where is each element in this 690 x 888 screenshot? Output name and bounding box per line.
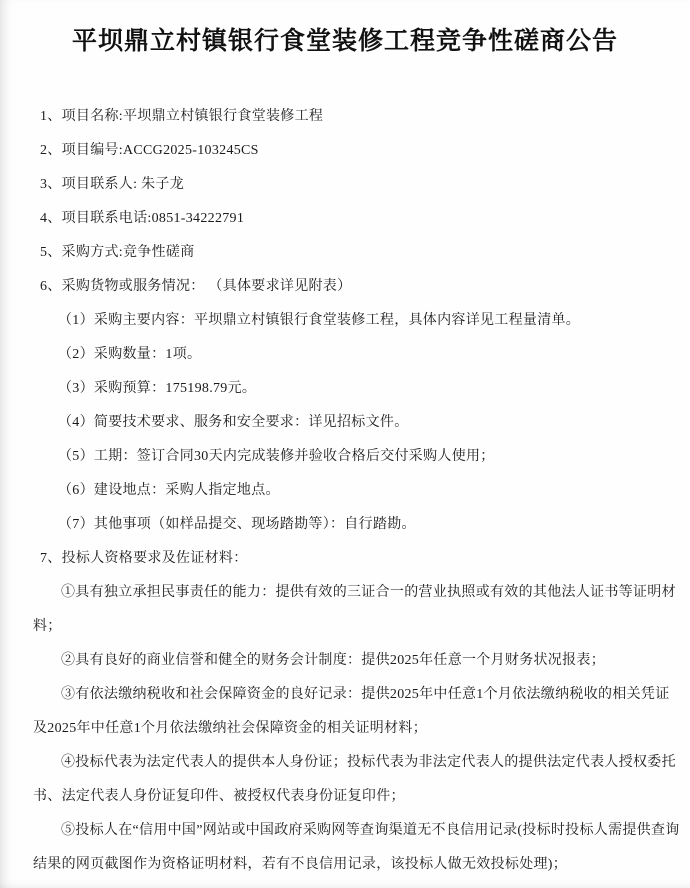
subitem-construction-site: （6）建设地点：采购人指定地点。: [0, 474, 690, 508]
subitem-main-content: （1）采购主要内容：平坝鼎立村镇银行食堂装修工程，具体内容详见工程量清单。: [0, 304, 690, 338]
subitem-technical-requirements: （4）简要技术要求、服务和安全要求：详见招标文件。: [0, 406, 690, 440]
bidder-qualification-heading: 7、投标人资格要求及佐证材料：: [0, 542, 690, 576]
contact-phone-line: 4、项目联系电话:0851-34222791: [0, 202, 690, 236]
qualification-representative-id: ④投标代表为法定代表人的提供本人身份证；投标代表为非法定代表人的提供法定代表人授…: [0, 746, 690, 814]
qualification-financial-report: ②具有良好的商业信誉和健全的财务会计制度：提供2025年任意一个月财务状况报表；: [0, 644, 690, 678]
procurement-overview-line: 6、采购货物或服务情况： （具体要求详见附表）: [0, 270, 690, 304]
qualification-civil-liability: ①具有独立承担民事责任的能力：提供有效的三证合一的营业执照或有效的其他法人证书等…: [0, 576, 690, 644]
subitem-construction-period: （5）工期：签订合同30天内完成装修并验收合格后交付采购人使用；: [0, 440, 690, 474]
subitem-budget: （3）采购预算：175198.79元。: [0, 372, 690, 406]
subitem-quantity: （2）采购数量：1项。: [0, 338, 690, 372]
project-number-line: 2、项目编号:ACCG2025-103245CS: [0, 134, 690, 168]
contact-person-line: 3、项目联系人: 朱子龙: [0, 168, 690, 202]
scanned-announcement-page: 平坝鼎立村镇银行食堂装修工程竞争性磋商公告 1、项目名称:平坝鼎立村镇银行食堂装…: [0, 0, 690, 888]
qualification-tax-social-security: ③有依法缴纳税收和社会保障资金的良好记录：提供2025年中任意1个月依法缴纳税收…: [0, 678, 690, 746]
qualification-credit-record: ⑤投标人在“信用中国”网站或中国政府采购网等查询渠道无不良信用记录(投标时投标人…: [0, 814, 690, 882]
subitem-other-matters: （7）其他事项（如样品提交、现场踏勘等）：自行踏勘。: [0, 508, 690, 542]
procurement-method-line: 5、采购方式:竞争性磋商: [0, 236, 690, 270]
project-name-line: 1、项目名称:平坝鼎立村镇银行食堂装修工程: [0, 100, 690, 134]
page-title: 平坝鼎立村镇银行食堂装修工程竞争性磋商公告: [0, 0, 690, 58]
announcement-body: 1、项目名称:平坝鼎立村镇银行食堂装修工程 2、项目编号:ACCG2025-10…: [0, 100, 690, 882]
